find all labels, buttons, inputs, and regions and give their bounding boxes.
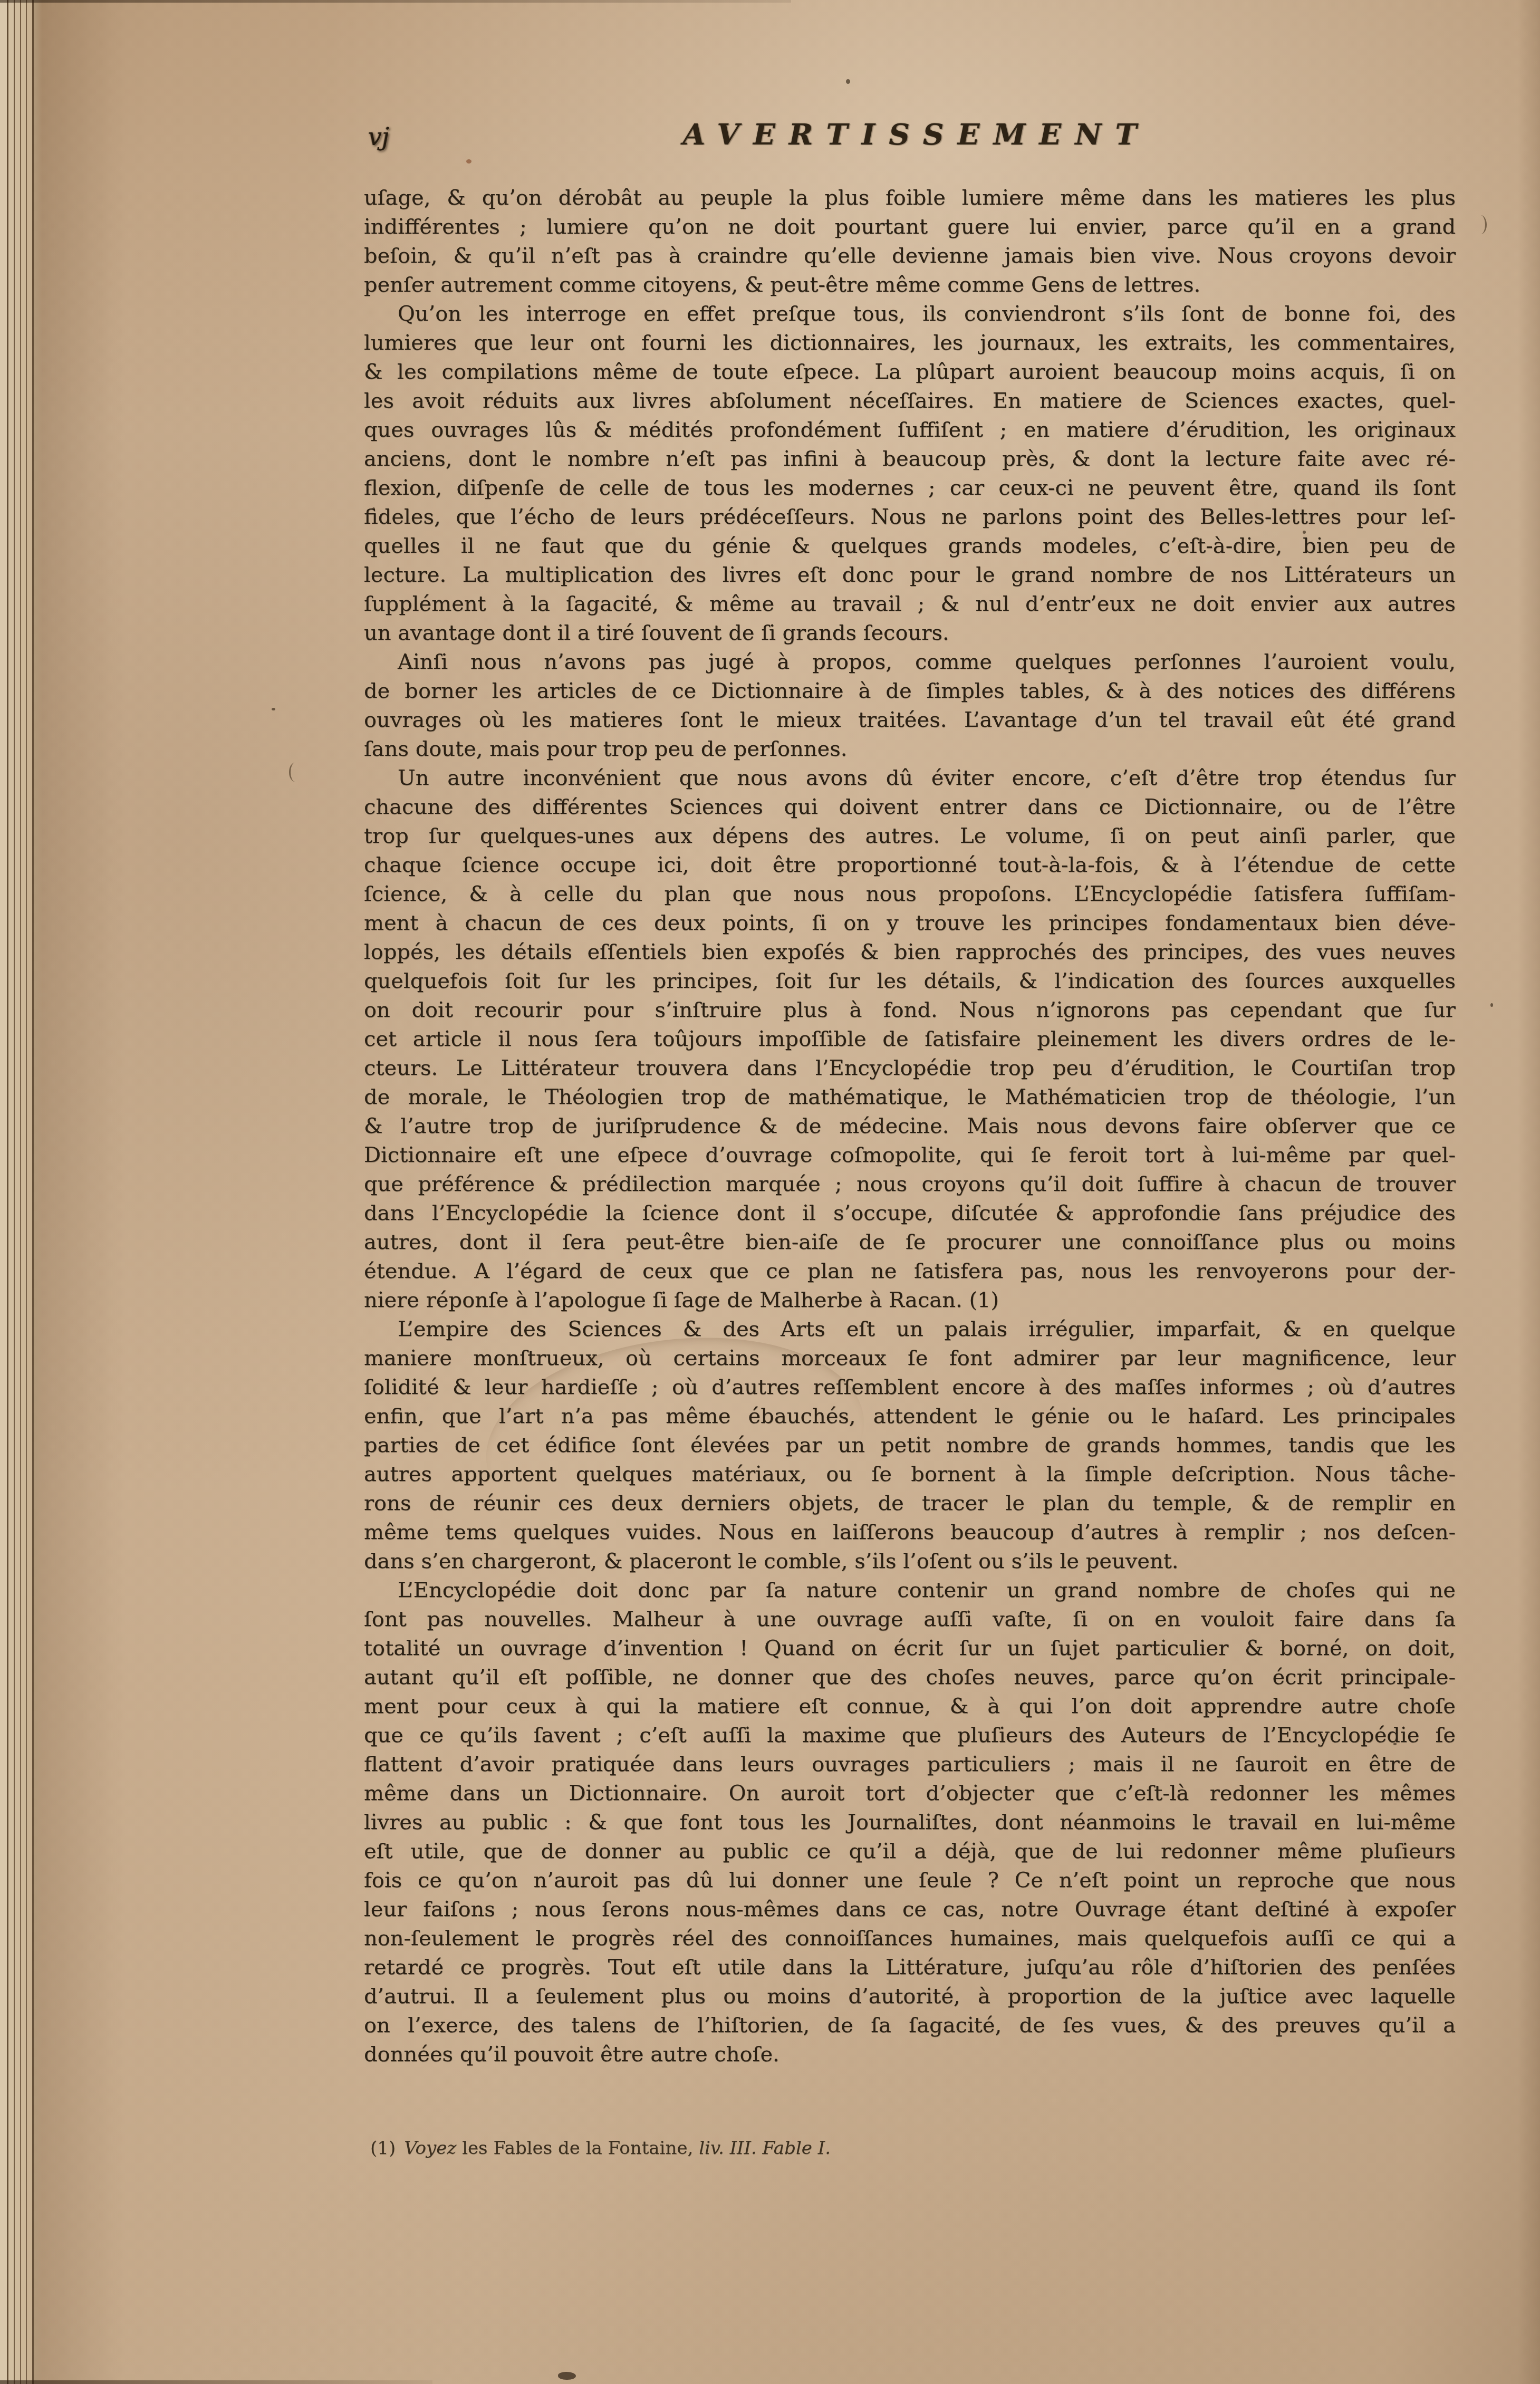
text-line: flexion, diſpenſe de celle de tous les m… — [364, 474, 1456, 503]
text-line: même dans un Dictionnaire. On auroit tor… — [364, 1779, 1456, 1808]
text-line: on l’exerce, des talens de l’hiſtorien, … — [364, 2011, 1456, 2040]
text-line: non-ſeulement le progrès réel des connoi… — [364, 1924, 1456, 1953]
footnote-marker: (1) — [370, 2138, 396, 2159]
text-line: ſolidité & leur hardieſſe ; où d’autres … — [364, 1373, 1456, 1402]
text-line: autres, dont il ſera peut-être bien-aiſe… — [364, 1228, 1456, 1257]
text-line: & les compilations même de toute eſpece.… — [364, 358, 1456, 387]
text-line: ouvrages où les matieres ſont le mieux t… — [364, 706, 1456, 735]
text-line: ques ouvrages lûs & médités profondément… — [364, 416, 1456, 445]
scan-edge-right — [1518, 0, 1540, 2384]
text-line: même tems quelques vuides. Nous en laiſſ… — [364, 1518, 1456, 1547]
text-line: indifférentes ; lumiere qu’on ne doit po… — [364, 213, 1456, 242]
paragraph: Ainſi nous n’avons pas jugé à propos, co… — [364, 648, 1456, 764]
text-line: un avantage dont il a tiré ſouvent de ſi… — [364, 619, 1456, 648]
paragraph: Qu’on les interroge en effet preſque tou… — [364, 300, 1456, 648]
text-line: que ce qu’ils ſavent ; c’eſt auſſi la ma… — [364, 1721, 1456, 1750]
scan-edge-bottom — [0, 2380, 432, 2384]
text-line: uſage, & qu’on dérobât au peuple la plus… — [364, 184, 1456, 213]
text-line: ſcience, & à celle du plan que nous nous… — [364, 880, 1456, 909]
footnote-see-word: Voyez — [404, 2138, 462, 2159]
text-line: flattent d’avoir pratiquée dans leurs ou… — [364, 1750, 1456, 1779]
text-line: quelquefois ſoit ſur les principes, ſoit… — [364, 967, 1456, 996]
text-line: niere réponſe à l’apologue ſi ſage de Ma… — [364, 1286, 1456, 1315]
text-line: lecture. La multiplication des livres eſ… — [364, 561, 1456, 590]
text-line: fideles, que l’écho de leurs prédéceſſeu… — [364, 503, 1456, 532]
pen-mark — [1477, 215, 1487, 234]
text-line: Qu’on les interroge en effet preſque tou… — [364, 300, 1456, 329]
ink-speck — [466, 159, 471, 164]
ink-speck — [272, 708, 275, 710]
text-line: L’Encyclopédie doit donc par ſa nature c… — [364, 1576, 1456, 1605]
text-line: rons de réunir ces deux derniers objets,… — [364, 1489, 1456, 1518]
text-line: ſont pas nouvelles. Malheur à une ouvrag… — [364, 1605, 1456, 1634]
text-line: les avoit réduits aux livres abſolument … — [364, 387, 1456, 416]
text-line: L’empire des Sciences & des Arts eſt un … — [364, 1315, 1456, 1344]
book-page: vj AVERTISSEMENT uſage, & qu’on dérobât … — [0, 0, 1540, 2384]
scan-edge-top — [0, 0, 791, 3]
text-line: anciens, dont le nombre n’eſt pas infini… — [364, 445, 1456, 474]
text-line: cet article il nous ſera toûjours impoſſ… — [364, 1025, 1456, 1054]
text-line: autres apportent quelques matériaux, ou … — [364, 1460, 1456, 1489]
paragraph: Un autre inconvénient que nous avons dû … — [364, 764, 1456, 1315]
ink-blot — [558, 2372, 576, 2380]
text-line: livres au public : & que font tous les J… — [364, 1808, 1456, 1837]
text-line: Ainſi nous n’avons pas jugé à propos, co… — [364, 648, 1456, 677]
text-line: cteurs. Le Littérateur trouvera dans l’E… — [364, 1054, 1456, 1083]
text-line: totalité un ouvrage d’invention ! Quand … — [364, 1634, 1456, 1663]
text-line: ment à chacun de ces deux points, ſi on … — [364, 909, 1456, 938]
text-line: parties de cet édifice ſont élevées par … — [364, 1431, 1456, 1460]
text-line: étendue. A l’égard de ceux que ce plan n… — [364, 1257, 1456, 1286]
text-line: quelles il ne faut que du génie & quelqu… — [364, 532, 1456, 561]
text-line: Un autre inconvénient que nous avons dû … — [364, 764, 1456, 793]
text-line: lumieres que leur ont fourni les diction… — [364, 329, 1456, 358]
text-line: que préférence & prédilection marquée ; … — [364, 1170, 1456, 1199]
text-line: ment pour ceux à qui la matiere eſt conn… — [364, 1692, 1456, 1721]
footnote-reference: liv. III. Fable I. — [699, 2138, 831, 2159]
text-line: on doit recourir pour s’inſtruire plus à… — [364, 996, 1456, 1025]
page-title: AVERTISSEMENT — [364, 117, 1456, 151]
text-line: Dictionnaire eſt une eſpece d’ouvrage co… — [364, 1141, 1456, 1170]
footnote-text: les Fables de la Fontaine, — [462, 2138, 699, 2159]
footnote: (1)Voyez les Fables de la Fontaine, liv.… — [370, 2137, 1372, 2159]
body-text: uſage, & qu’on dérobât au peuple la plus… — [364, 184, 1456, 2069]
ink-speck — [1490, 1003, 1493, 1007]
text-line: de morale, le Théologien trop de mathéma… — [364, 1083, 1456, 1112]
pen-mark — [289, 763, 299, 782]
text-line: beſoin, & qu’il n’eſt pas à craindre qu’… — [364, 242, 1456, 271]
text-line: chaque ſcience occupe ici, doit être pro… — [364, 851, 1456, 880]
text-line: leur faiſons ; nous ſerons nous-mêmes da… — [364, 1895, 1456, 1924]
gutter-shadow — [34, 0, 123, 2384]
text-line: enfin, que l’art n’a pas même ébauchés, … — [364, 1402, 1456, 1431]
text-line: eſt utile, que de donner au public ce qu… — [364, 1837, 1456, 1866]
text-line: chacune des différentes Sciences qui doi… — [364, 793, 1456, 822]
text-line: penſer autrement comme citoyens, & peut-… — [364, 271, 1456, 300]
text-line: dans s’en chargeront, & placeront le com… — [364, 1547, 1456, 1576]
text-line: d’autrui. Il a ſeulement plus ou moins d… — [364, 1982, 1456, 2011]
paragraph: L’empire des Sciences & des Arts eſt un … — [364, 1315, 1456, 1576]
paragraph: L’Encyclopédie doit donc par ſa nature c… — [364, 1576, 1456, 2069]
text-line: fois ce qu’on n’auroit pas dû lui donner… — [364, 1866, 1456, 1895]
paragraph: uſage, & qu’on dérobât au peuple la plus… — [364, 184, 1456, 300]
text-line: dans l’Encyclopédie la ſcience dont il s… — [364, 1199, 1456, 1228]
text-line: données qu’il pouvoit être autre choſe. — [364, 2040, 1456, 2069]
text-line: trop ſur quelques-unes aux dépens des au… — [364, 822, 1456, 851]
text-line: maniere monſtrueux, où certains morceaux… — [364, 1344, 1456, 1373]
text-line: de borner les articles de ce Dictionnair… — [364, 677, 1456, 706]
book-gutter-edge — [0, 0, 42, 2384]
text-line: loppés, les détails eſſentiels bien expo… — [364, 938, 1456, 967]
text-line: retardé ce progrès. Tout eſt utile dans … — [364, 1953, 1456, 1982]
text-line: ſans doute, mais pour trop peu de perſon… — [364, 735, 1456, 764]
text-line: ſupplément à la ſagacité, & même au trav… — [364, 590, 1456, 619]
text-line: & l’autre trop de juriſprudence & de méd… — [364, 1112, 1456, 1141]
text-line: autant qu’il eſt poſſible, ne donner que… — [364, 1663, 1456, 1692]
ink-speck — [846, 79, 850, 84]
